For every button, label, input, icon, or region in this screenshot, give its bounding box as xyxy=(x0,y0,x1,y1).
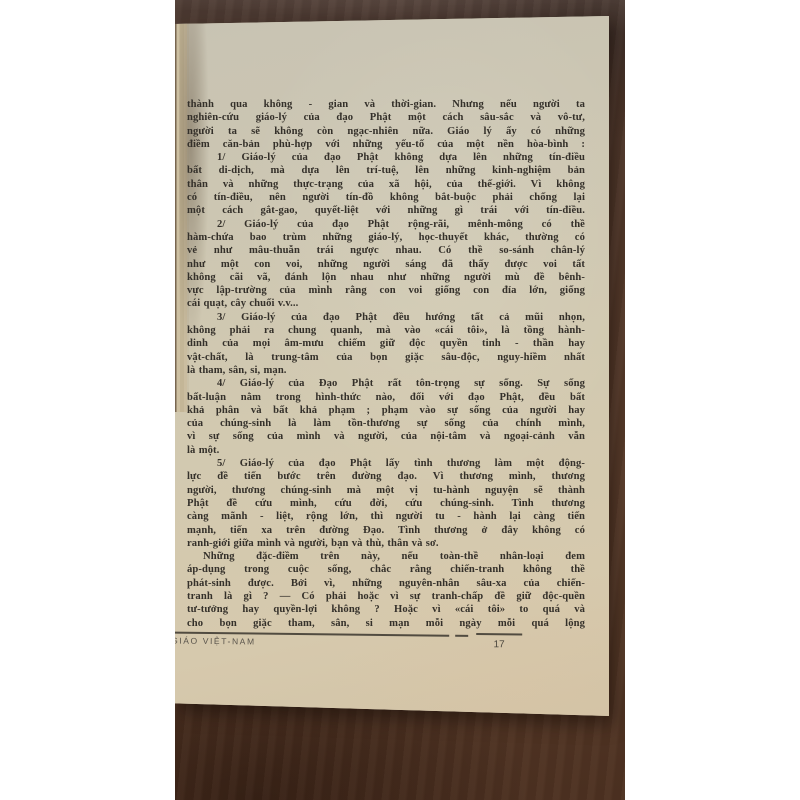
text-line: thành qua không - gian và thời-gian. Như… xyxy=(187,98,585,111)
text-line: bất di-dịch, mà dựa lên trí-tuệ, lên nhữ… xyxy=(187,164,585,177)
page-number: 17 xyxy=(476,639,522,651)
paragraph: Những đặc-điềm trên này, nếu toàn-thề nh… xyxy=(187,550,585,630)
text-line: vật-chất, là trung-tâm của bọn giặc sâu-… xyxy=(187,351,585,364)
text-line: 5/ Giáo-lý của đạo Phật lấy tình thương … xyxy=(187,457,585,470)
text-line: tư-tưởng hay quyền-lợi không ? Hoặc vì «… xyxy=(187,603,585,616)
text-line: thân và những thực-trạng của xã hội, của… xyxy=(187,178,585,191)
text-line: người ta sẽ không còn ngạc-nhiên nữa. Gi… xyxy=(187,125,585,138)
footer-rule-dash xyxy=(455,635,468,637)
text-line: lực đề tiến bước trên đường đạo. Vì thươ… xyxy=(187,470,585,483)
text-line: vực lập-trường của mình rằng con voi giố… xyxy=(187,284,585,297)
text-line: 3/ Giáo-lý của đạo Phật đều hướng tất cả… xyxy=(187,311,585,324)
text-line: 1/ Giáo-lý của đạo Phật không dựa lên nh… xyxy=(187,151,585,164)
text-line: vì sự sống của mình và người, của nội-tâ… xyxy=(187,430,585,443)
text-line: người, thương chúng-sinh mà một vị tu-hà… xyxy=(187,484,585,497)
text-line: mạnh, tiến xa trên đường Đạo. Tình thươn… xyxy=(187,524,585,537)
text-line: phát-sinh được. Bởi vì, những nguyên-nhâ… xyxy=(187,577,585,590)
text-line: là tham, sân, si, mạn. xyxy=(187,364,585,377)
text-line: 4/ Giáo-lý của Đạo Phật rất tôn-trọng sự… xyxy=(187,377,585,390)
paragraph: 2/ Giáo-lý của đạo Phật rộng-rãi, mênh-m… xyxy=(187,218,585,311)
page-footer: GIÁO VIỆT-NAM 17 xyxy=(187,624,586,681)
text-line: 2/ Giáo-lý của đạo Phật rộng-rãi, mênh-m… xyxy=(187,218,585,231)
text-line: hàm-chứa bao trùm những giáo-lý, học-thu… xyxy=(187,231,585,244)
text-line: dinh của mọi âm-mưu chiếm giữ độc quyền … xyxy=(187,337,585,350)
photo-of-book: thành qua không - gian và thời-gian. Như… xyxy=(175,0,625,800)
paragraph: 5/ Giáo-lý của đạo Phật lấy tình thương … xyxy=(187,457,585,550)
text-line: bất-luận nằm trong hình-thức nào, đối vớ… xyxy=(187,391,585,404)
text-line: áp-dụng trong cuộc sống, chắc rằng chiến… xyxy=(187,563,585,576)
text-line: Những đặc-điềm trên này, nếu toàn-thề nh… xyxy=(187,550,585,563)
text-line: càng mãnh - liệt, rộng lớn, thì người tu… xyxy=(187,510,585,523)
text-line: có tín-điều, nên người tín-đồ không bắt-… xyxy=(187,191,585,204)
text-line: ranh-giới giữa mình và người, bạn và thù… xyxy=(187,537,585,550)
text-line: cái quạt, cây chuối v.v... xyxy=(187,297,585,310)
paragraph: 4/ Giáo-lý của Đạo Phật rất tôn-trọng sự… xyxy=(187,377,585,457)
text-line: là một. xyxy=(187,444,585,457)
text-line: tranh là gì ? — Có phải hoặc vì sự tranh… xyxy=(187,590,585,603)
paragraph: 1/ Giáo-lý của đạo Phật không dựa lên nh… xyxy=(187,151,585,217)
text-line: Phật đề cứu mình, cứu đời, cứu chúng-sin… xyxy=(187,497,585,510)
text-line: của chúng-sinh là làm tồn-thương sự sống… xyxy=(187,417,585,430)
imprint-text: GIÁO VIỆT-NAM xyxy=(175,636,256,647)
text-line: một cách gắt-gao, quyết-liệt với những g… xyxy=(187,204,585,217)
book-page-wrap: thành qua không - gian và thời-gian. Như… xyxy=(175,14,609,716)
text-line: vẻ như mâu-thuẫn trái ngược nhau. Có thề… xyxy=(187,244,585,257)
footer-rule-short xyxy=(476,633,522,635)
paragraph: 3/ Giáo-lý của đạo Phật đều hướng tất cả… xyxy=(187,311,585,377)
text-line: nghiên-cứu giáo-lý của đạo Phật một cách… xyxy=(187,111,585,124)
white-backdrop: thành qua không - gian và thời-gian. Như… xyxy=(0,0,800,800)
text-line: không cãi vã, đánh lộn nhau như những ng… xyxy=(187,271,585,284)
text-line: như một con voi, những người sáng đã thấ… xyxy=(187,258,585,271)
page-text: thành qua không - gian và thời-gian. Như… xyxy=(187,98,585,630)
text-line: điềm căn-bản phù-hợp với những yếu-tố củ… xyxy=(187,138,585,151)
paragraph: thành qua không - gian và thời-gian. Như… xyxy=(187,98,585,151)
text-line: khả phân và bất khả phạm ; phạm vào sự s… xyxy=(187,404,585,417)
text-line: không phải ra chung quanh, mà vào «cái t… xyxy=(187,324,585,337)
book-page: thành qua không - gian và thời-gian. Như… xyxy=(175,14,609,716)
